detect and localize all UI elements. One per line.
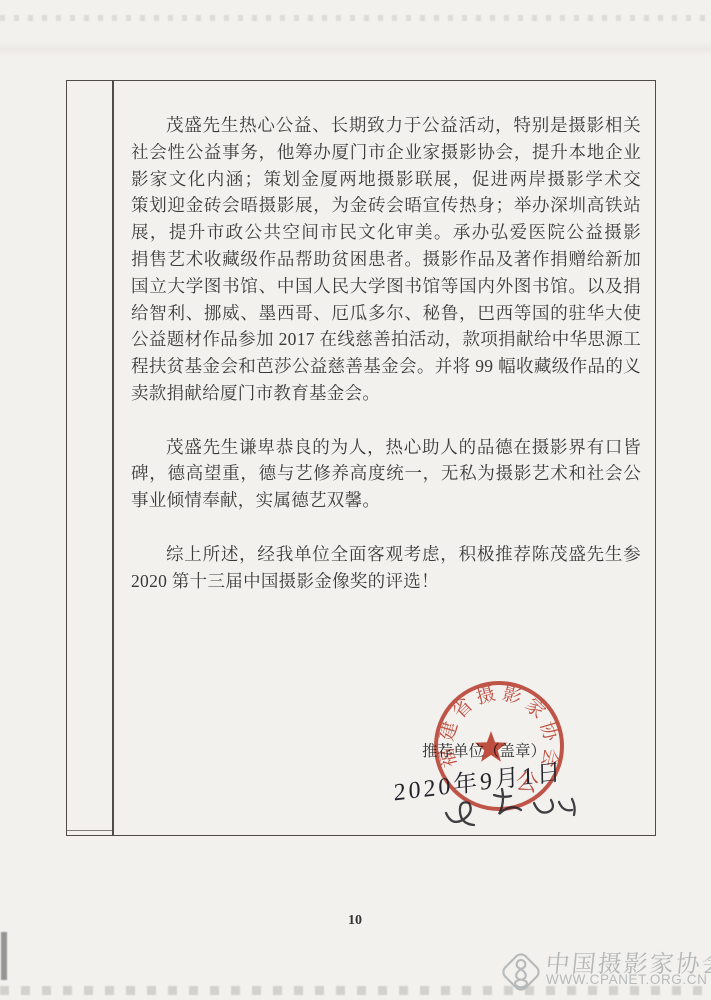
text-line: 影家文化内涵；策划金厦两地摄影联展，促进两岸摄影学术交流； xyxy=(131,166,641,193)
text-line: 国立大学图书馆、中国人民大学图书馆等国内外图书馆。以及捐赠 xyxy=(131,273,641,300)
frame-cell-bottom-line xyxy=(67,830,112,831)
text-line: 茂盛先生谦卑恭良的为人，热心助人的品德在摄影界有口皆 xyxy=(131,434,641,461)
text-line: 碑，德高望重，德与艺修养高度统一，无私为摄影艺术和社会公益 xyxy=(131,460,641,487)
watermark-url: WWW.CPANET.ORG.CN xyxy=(546,972,707,987)
scan-noise-band-top xyxy=(0,15,711,21)
signature-stroke xyxy=(446,802,474,825)
page-number: 10 xyxy=(348,913,362,929)
scan-noise-band-upper xyxy=(0,42,711,56)
frame-divider-line xyxy=(112,81,114,835)
text-line: 策划迎金砖会晤摄影展，为金砖会晤宣传热身；举办深圳高铁站个 xyxy=(131,192,641,219)
text-line: 程扶贫基金会和芭莎公益慈善基金会。并将 99 幅收藏级作品的义 xyxy=(131,353,641,380)
text-line: 2020 第十三届中国摄影金像奖的评选！ xyxy=(131,568,641,595)
paragraph-public-welfare: 茂盛先生热心公益、长期致力于公益活动，特别是摄影相关的 社会性公益事务，他筹办厦… xyxy=(131,112,641,407)
signature-stroke xyxy=(534,800,572,813)
signature-stroke xyxy=(494,789,521,814)
star-icon xyxy=(475,731,507,762)
text-line: 展，提升市政公共空间市民文化审美。承办弘爱医院公益摄影展， xyxy=(131,219,641,246)
text-line: 公益题材作品参加 2017 在线慈善拍活动，款项捐献给中华思源工 xyxy=(131,326,641,353)
text-line: 给智利、挪威、墨西哥、厄瓜多尔、秘鲁，巴西等国的驻华大使馆。 xyxy=(131,300,641,327)
text-line: 社会性公益事务，他筹办厦门市企业家摄影协会，提升本地企业摄 xyxy=(131,139,641,166)
scan-edge-streak xyxy=(1,932,7,980)
text-line: 捐售艺术收藏级作品帮助贫困患者。摄影作品及著作捐赠给新加坡 xyxy=(131,246,641,273)
text-line: 综上所述，经我单位全面客观考虑，积极推荐陈茂盛先生参加 xyxy=(131,541,641,568)
scan-noise-band-bottom xyxy=(0,986,711,995)
signature xyxy=(438,779,590,837)
text-line: 事业倾情奉献，实属德艺双馨。 xyxy=(131,487,641,514)
signature-stroke xyxy=(572,799,575,815)
text-line: 卖款捐献给厦门市教育基金会。 xyxy=(131,380,641,407)
paragraph-conclusion: 综上所述，经我单位全面客观考虑，积极推荐陈茂盛先生参加 2020 第十三届中国摄… xyxy=(131,541,641,595)
cpanet-logo-icon xyxy=(497,948,545,996)
recommendation-text: 茂盛先生热心公益、长期致力于公益活动，特别是摄影相关的 社会性公益事务，他筹办厦… xyxy=(131,112,641,594)
paragraph-character: 茂盛先生谦卑恭良的为人，热心助人的品德在摄影界有口皆 碑，德高望重，德与艺修养高… xyxy=(131,434,641,514)
text-line: 茂盛先生热心公益、长期致力于公益活动，特别是摄影相关的 xyxy=(131,112,641,139)
